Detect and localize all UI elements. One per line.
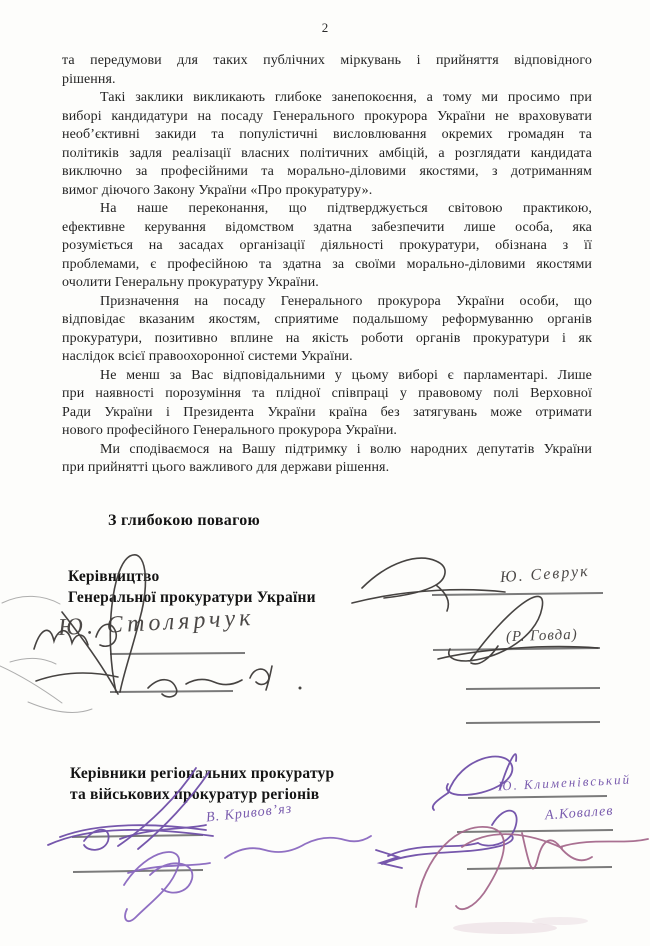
body-line: та передумови для таких публічних міркув… [62, 52, 592, 71]
document-page: 2 та передумови для таких публічних мірк… [0, 0, 650, 946]
leadership-title-line1: Керівництво [68, 566, 316, 587]
body-line: розуміється на засадах організації діяль… [62, 237, 592, 256]
body-line: нового професійного Генерального прокуро… [62, 422, 592, 441]
signature-regional-right3-ink [416, 827, 648, 934]
regional-title-line1: Керівники регіональних прокуратур [70, 763, 334, 784]
regional-title-line2: та військових прокуратур регіонів [70, 784, 334, 805]
leadership-title-line2: Генеральної прокуратури України [68, 587, 316, 608]
body-line: прокуратури, позитивно вплине на якість … [62, 330, 592, 349]
body-line: Не менш за Вас відповідальними у цьому в… [62, 367, 592, 386]
body-line: Ми сподіваємося на Вашу підтримку і волю… [62, 441, 592, 460]
signature-regional-right2-ink [376, 811, 517, 868]
body-line: необ’єктивні закиди та популістичні висл… [62, 126, 592, 145]
signature-annotation-klymenivskyi: Ю. Клименівський [498, 772, 632, 795]
body-line: Такі заклики викликають глибоке занепоко… [62, 89, 592, 108]
body-line: відповідає вказаним якостям, сприятиме п… [62, 311, 592, 330]
body-line: при прийнятті цього важливого для держав… [62, 459, 592, 478]
leadership-title: Керівництво Генеральної прокуратури Укра… [68, 566, 316, 608]
body-line: при наявності порозуміння та плідної спі… [62, 385, 592, 404]
body-line: очолити Генеральну прокуратуру України. [62, 274, 592, 293]
body-line: вимог діючого Закону України «Про прокур… [62, 182, 592, 201]
signature-annotation-sevruk: Ю. Севрук [499, 563, 590, 587]
signature-annotation-kovalov: А.Ковалев [545, 804, 614, 825]
body-line: На наше переконання, що підтверджується … [62, 200, 592, 219]
body-line: рішення. [62, 71, 592, 90]
body-line: виборі кандидатури на посаду Генеральног… [62, 108, 592, 127]
signature-annotation-hovda: (Р. Говда) [506, 627, 578, 646]
body-line: ефективне керування відомством здатна за… [62, 219, 592, 238]
signature-annotation-stolyarchuk: Ю. Столярчук [57, 605, 255, 642]
body-line: проблемами, є професійною та здатна за с… [62, 256, 592, 275]
closing-salutation: З глибокою повагою [108, 512, 260, 530]
body-line: політиків задля реалізації власних політ… [62, 145, 592, 164]
signature-regional-left2-ink [124, 836, 371, 921]
body-line: виключно за професійними та морально-діл… [62, 163, 592, 182]
page-number: 2 [0, 20, 650, 36]
body-line: Призначення на посаду Генерального проку… [62, 293, 592, 312]
body-line: Ради України і Президента України країна… [62, 404, 592, 423]
signature-sevruk-ink [352, 558, 505, 611]
body-line: наслідок всієї правоохоронної системи Ук… [62, 348, 592, 367]
regional-title: Керівники регіональних прокуратур та вій… [70, 763, 334, 805]
letter-body: та передумови для таких публічних міркув… [62, 52, 592, 478]
signature-annotation-kryvovyaz: В. Кривов’яз [205, 802, 293, 827]
